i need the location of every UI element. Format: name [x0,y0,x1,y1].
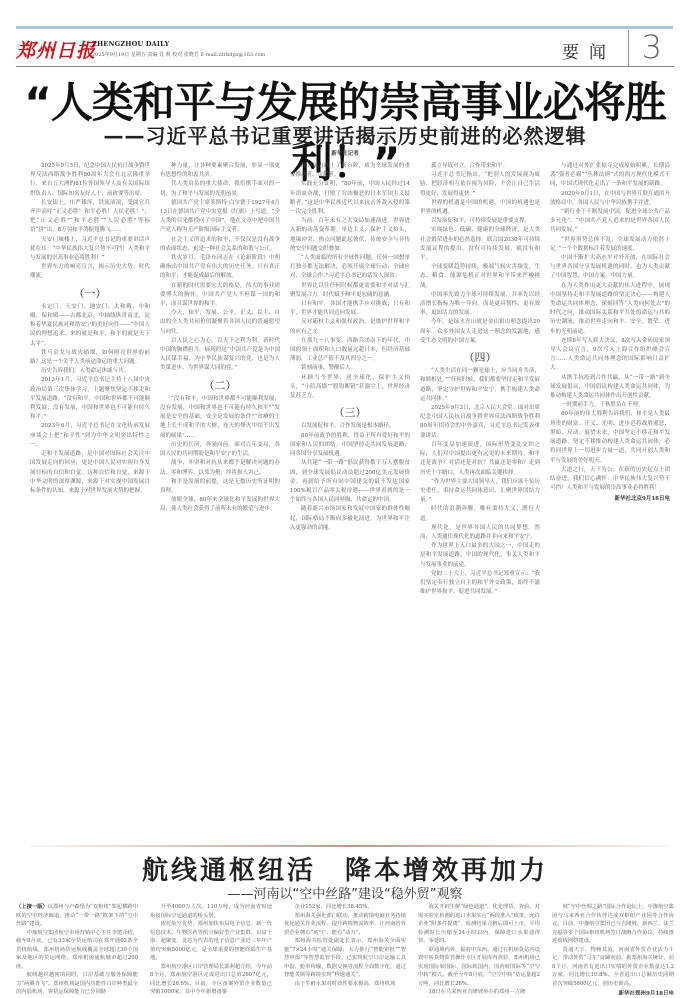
paragraph: 2025年9月3日，北京人民大会堂。面对出席纪念中国人民抗日战争暨世界反法西斯战… [420,404,540,441]
paragraph: 从共建“一带一路”倡议获得数千万人摆脱贫困，到全球发展倡议动员超过200亿美元发… [290,459,410,505]
paragraph: 在那九一八事变、西路兵团南下的年代，中国的领土面积和人口数量远超日本，但经济基础… [290,337,410,365]
paragraph: 走和平发展道路，是中国对国际社会关注中国发展走向的回应，更是中国人民对实现自身发… [30,450,150,496]
paragraph: 铁马金戈与战火硝烟，如何照亮世界的前路？这是一个关乎人类前途命运的重大问题。 [30,349,150,367]
paragraph: 德国共产党主席莱斯特·白尔德于1927年4月13日在德国共产党中央党报《红旗》上… [160,199,280,236]
section-heading: （四） [420,353,540,362]
paragraph: 今天，和平、发展、公平、正义、民主、自由的全人类共同价值凝聚着各国人民的普遍愿望… [160,309,280,337]
article1-column: 与通过对外扩张掠夺完成原始积累，长期沿袭“强者必霸”“丛林法则”式的西方现代化模… [550,162,670,830]
paragraph: 以人民之心为心，以天下之利为利，新时代中国的胸襟担当，展现的是“中国共产党是为中… [160,337,280,374]
paragraph: 战争、冲突和对抗从来都不是解决问题的办法。零和博弈、以邻为壑，终将损人害己。 [160,459,280,477]
paragraph: 全球变暖趋势持续，极端气候灾害频发，生态、粮食、能源危机正对世界和平带来严峻挑战… [420,263,540,291]
paragraph: 今年，是绿水青山就是金山银山理念提出20周年。众多外国友人走进这一理念的发源地，… [420,318,540,346]
paragraph: 与通过对外扩张掠夺完成原始积累，长期沿袭“强者必霸”“丛林法则”式的西方现代化模… [550,162,670,190]
article2-column: （上接一版）以郑州与卢森堡为“双枢纽”架起横跨中欧的空中经济廊道，推动“一带一路… [16,903,138,995]
paragraph: “世界形势总体不乱，全球发展动力依然十足。”一个个数据标注着发展的速度。 [550,236,670,254]
paragraph: 和平是发展的前提，这是无数历史所证明的真理。 [160,478,280,496]
paragraph: 历史的长河，奔涌向前。面对百年变局，各国人民的共同期盼是和平安宁的生活。 [160,441,280,459]
paragraph: 环顾当今世界，逆全球化、保护主义抬头，“小院高墙”“脱钩断链”甚嚣尘上，世界经济… [290,374,410,402]
paragraph: 孤立导致对立，合作带来和平。 [420,162,540,171]
paragraph: （上接一版）以郑州与卢森堡为“双枢纽”架起横跨中欧的空中经济廊道，推动“一带一路… [16,903,138,929]
newspaper-logo: 郑州日报 [16,36,96,63]
paragraph: 种力量，让各种要素聚合发展，彰显一项更有思想性的和衷共济。 [160,162,280,180]
paragraph: 党的二十大上，习近平总书记郑重宣示：“我们坚定奉行独立自主的和平外交政策，始终不… [420,570,540,598]
paragraph: 在新的时代需要宏大的格局，伟大的事业需要博大的胸怀。中国共产党人不但谋一国的和平… [160,282,280,310]
paragraph: 在为人类作出更大贡献的伟大进程中，展现中国坚持走和平发展道路的坚定决心——构建人… [550,282,670,337]
paragraph: 依托航空优势，郑州加快布局电子信息、新一代信息技术、生物医药等航空偏好型产业集群… [150,920,272,963]
paragraph: 由于生鲜水果对时效性要求极高，郑州机场 [284,980,406,989]
section-label: 要闻 [562,38,616,63]
paragraph: 2013年1月，习近平总书记主持十八届中央政治局第三次集体学习，主题聚焦坚定不移… [30,376,150,422]
story-divider [30,845,670,847]
paragraph: 社会主义所追求的和平，不仅仅是没有战争的表面状态，更是一种社会关系的和谐与公正。 [160,236,280,254]
paragraph: 历史告诉我们，人类命运休戚与共。 [30,367,150,376]
paragraph: 80年前战争的胜利，得益于所有爱好和平的国家和人民的团结。中国坚持走共同发展道路… [290,432,410,460]
main-byline: 新华社记者 [0,149,690,157]
paragraph: 以发展促和平，合作发展是根本路径。 [290,422,410,431]
paragraph: 铁火岁月，毛泽东同志在《论新阶段》中明确指出中国共产党有伟大的历史任务。只有真正… [160,254,280,282]
paragraph: 放眼全球，80年来全球化和平发展的世界大局，使人类社会获得了前所未有的繁荣与进步… [160,496,280,514]
paragraph: 2025年9月3日，纪念中国人民抗日战争暨世界反法西斯战争胜利80周年大会在北京… [30,162,150,199]
second-headline: 航线通枢纽活 降本增效再加力 [0,850,690,887]
paragraph: 综合国力跃上了新台阶，成为全球发展的重要推动者、贡献者。 [290,162,410,180]
paragraph: 郑州航空港区口岸管理局长郭利超介绍，今年前8个月，郑州航空港区完成进出口总值26… [150,963,272,996]
paragraph: 以发展促和平，可持续发展是重要支撑。 [420,217,540,226]
paragraph: “人类生活在同一颗星球上，应当同舟共济，和睦相处。”“任何时候，我们都要坚持走和… [420,367,540,404]
paragraph: 升至4000万人次、110万吨，成为河南省短途衔接国际空运通道的桥头堡。 [150,903,272,920]
article2-column: 升至4000万人次、110万吨，成为河南省短途衔接国际空运通道的桥头堡。依托航空… [150,903,272,995]
paragraph: 时代的浪潮奔腾，唯有秉持大义，既行大道。 [420,505,540,523]
paragraph: 18日在马来西亚吉隆坡举办的郑州－吉隆 [418,988,540,995]
paragraph: “没有和平，中国和世界都不可能顺利发展；没有发展，中国和世界也不可能有持久和平”… [160,395,280,441]
top-accent-bar [16,26,673,29]
paragraph: 企业152家，同比增长38.45%。 [284,903,406,912]
paragraph: 中国不断扩大高水平对外开放，在国际社会与世界各国分享发展机遇的同时，也为人类贡献… [550,254,670,282]
paragraph: 世界比以往任何时候都更需要和平对话与汇聚发展合力。时代赋予和平更宏阔的意涵。 [290,282,410,300]
paragraph: 中国率先致力全球可持续发展，并率先以经济增长指标为唯一导向，而是更具韧性、更有效… [420,291,540,319]
paragraph: 一时期前手力，千秋胜负在于理。 [550,401,670,410]
paragraph: 当前，百年未有之大变局加速演进，世界进入新的动荡变革期。单边主义、保护主义抬头，… [290,217,410,254]
issue-meta: 2025年9月19日 星期五 责编 肖 莉 校对 张晓芳 E-mail:zzrb… [92,51,265,58]
page-number-divider [628,30,629,66]
article2-column: 企业152家，同比增长38.45%。郑州海关强化部门联动，推动跨境电商业务持续优… [284,903,406,995]
article1-body: 2025年9月3日，纪念中国人民抗日战争暨世界反法西斯战争胜利80周年大会在北京… [30,162,670,830]
paragraph: 实现绿色、低碳、健康的全球经济，是人类社会繁荣进步的必然选择。联合国2030年可… [420,226,540,263]
paragraph: 2020年9月1日，在中国与世界互联互通的开放格局中，各国人民与中华民族携手并进… [550,190,670,208]
edition-name: ZHENGZHOU DAILY [92,40,169,48]
section-heading: （二） [160,381,280,390]
paragraph: 郑州海关强化部门联动，推动跨境电商业务持续优化通关作业流程，提升跨境物流效率，让… [284,912,406,938]
paragraph: 铭刻前事，警醒后人。 [290,364,410,373]
paragraph: 反对霸权主义和强权政治，是维护世界和平的应有之义。 [290,318,410,336]
article1-column: 孤立导致对立，合作带来和平。习近平总书记指出，“把别人的发展视为威胁，把经济相互… [420,162,540,830]
paragraph: 中豫航空集团航空市场营销中心主任李建介绍，截至8月底，已有33家全货运航司在郑开… [16,929,138,972]
paragraph: 作为世界上人口最多的大国之一，中国走的是和平发展道路，中国的现代化，事关人类和平… [420,542,540,570]
paragraph: 连续8年写入联大决议，8次写入金砖国家领导人会议宣言，9次写入上海合作组织峰会宣… [550,337,670,374]
paragraph: 海关开辟生鲜“绿色通道”，优先理货、查验。对需实验室检测的进口水果实行“两段准入… [418,903,540,946]
dateline-signoff: 新华社北京9月18日电 [550,495,670,504]
paragraph: 从携手抗疫到合作共赢，从“一带一路”到全球发展倡议，中国倡议构建人类命运共同体，… [550,374,670,402]
paragraph: 大道之行，天下为公。在新的历史起点上团结奋进，我们信心满怀：中华民族伟大复兴势不… [550,466,670,494]
paragraph: 2023年6月，习近平总书记在文化传承发展座谈会上把“和平性”列为中华文明突出特… [30,422,150,450]
article2-column: 坡“空中丝绸之路”国际合作论坛上，中豫航空集团与马来西亚合作伙伴达成双枢纽产业园… [552,903,674,995]
dateline-signoff: 新华社郑州9月18日电 [552,990,674,995]
page-number: 3 [642,28,662,66]
main-subheadline: ——习近平总书记重要讲话揭示历史前进的必然逻辑 [0,120,690,149]
paragraph: 货通天下、物畅其流，河南省外贸企业活力十足，带动外贸“马车”奋蹄向前。据郑州海关… [552,946,674,989]
article2-column: 海关开辟生鲜“绿色通道”，优先理货、查验。对需实验室检测的进口水果实行“两段准入… [418,903,540,995]
paragraph: 实践充分证明，“80年前，中国人民经过14年浴血奋战，打败了穷凶极恶的日本军国主… [290,180,410,217]
paragraph: 世界东方的响亮宣言，揭示历史大势、时代潮流。 [30,263,150,281]
paragraph: 现代化，是世界各国人民的共同梦想。然而，人类通往现代化的道路并非向来和平安宁。 [420,524,540,542]
article2-body: （上接一版）以郑州与卢森堡为“双枢纽”架起横跨中欧的空中经济廊道，推动“一带一路… [16,903,674,995]
paragraph: 永定门、天安门、地安门、太和殿、中和殿、保和殿——古都北京，中轴线纵贯南北，淀积… [30,303,150,349]
paragraph: 天安门城楼上，习近平总书记的重要讲话声犹在耳：“中华民族伟大复兴势不可挡！人类和… [30,236,150,264]
paragraph: 随着新兴市场国家和发展中国家的群体性崛起，国际格局不断向多极化演进，为世界和平注… [290,505,410,533]
section-heading: （三） [290,408,410,417]
article1-column: 2025年9月3日，纪念中国人民抗日战争暨世界反法西斯战争胜利80周年大会在北京… [30,162,150,830]
paragraph: 世界的机遇是中国的机遇，中国的机遇也是世界的机遇。 [420,199,540,217]
paragraph: 长安街上，庄严雄浑，铁流滚滚，受阅官兵齐声高呼“正义必胜！和平必胜！人民必胜！”… [30,199,150,236]
paragraph: 航线越织越密的同时，口岸基础与服务保障能力“两翼齐飞”。郑州机场是国内功能性口岸… [16,971,138,995]
paragraph: 百年变局加速演进，国际形势变乱交织之际，人们对中国提出更有远见的未来期待。和平还… [420,441,540,478]
article1-column: 种力量，让各种要素聚合发展，彰显一项更有思想性的和衷共济。代人类肩负的重大使命，… [160,162,280,830]
paragraph: 坡“空中丝绸之路”国际合作论坛上，中豫航空集团与马来西亚合作伙伴达成双枢纽产业园… [552,903,674,946]
second-subheadline: ——河南以“空中丝路”建设“稳外贸”观察 [0,883,690,902]
section-heading: （一） [30,289,150,298]
paragraph: 郑州海关监管处副处长表示，郑州海关全面实施“7×24小时”通关保障，大力推行“智… [284,937,406,980]
paragraph: 代人类肩负的重大使命，我们携手面对的一切，为了和平与发展的光明前景。 [160,180,280,198]
paragraph: 80年前的伟大胜利告诉我们，和平是人类最珍贵的财富。正义、光明、进步必将战胜邪恶… [550,410,670,465]
paragraph: 习近平总书记指出，“把别人的发展视为威胁，把经济相互依存视为风险，不会让自己生活… [420,171,540,199]
paragraph: 联通境内外，辐射中东西。通过在机场货站内设置中转货物监管操作专区开展库内查验，郑… [418,946,540,989]
paragraph: 只有和平，各国才能携手应对挑战；只有和平，世界才能共同迈向发展。 [290,300,410,318]
paragraph: “人类面临的所有全球性问题，任何一国想单打独斗都无法解决，必须开展全球行动、全球… [290,254,410,282]
paragraph: “新行业于不断发展中国，促进全球公共产品多元化”。“中国共产党人追求的是世界各国… [550,208,670,236]
masthead: 郑州日报 ZHENGZHOU DAILY 2025年9月19日 星期五 责编 肖… [16,30,674,67]
article1-column: 综合国力跃上了新台阶，成为全球发展的重要推动者、贡献者。实践充分证明，“80年前… [290,162,410,830]
paragraph: “作为世界主要大国领导人，我们应该不负历史重任，秉持命运共同体意识，汇聚世界团结… [420,478,540,506]
continued-from-label: （上接一版） [16,904,48,910]
